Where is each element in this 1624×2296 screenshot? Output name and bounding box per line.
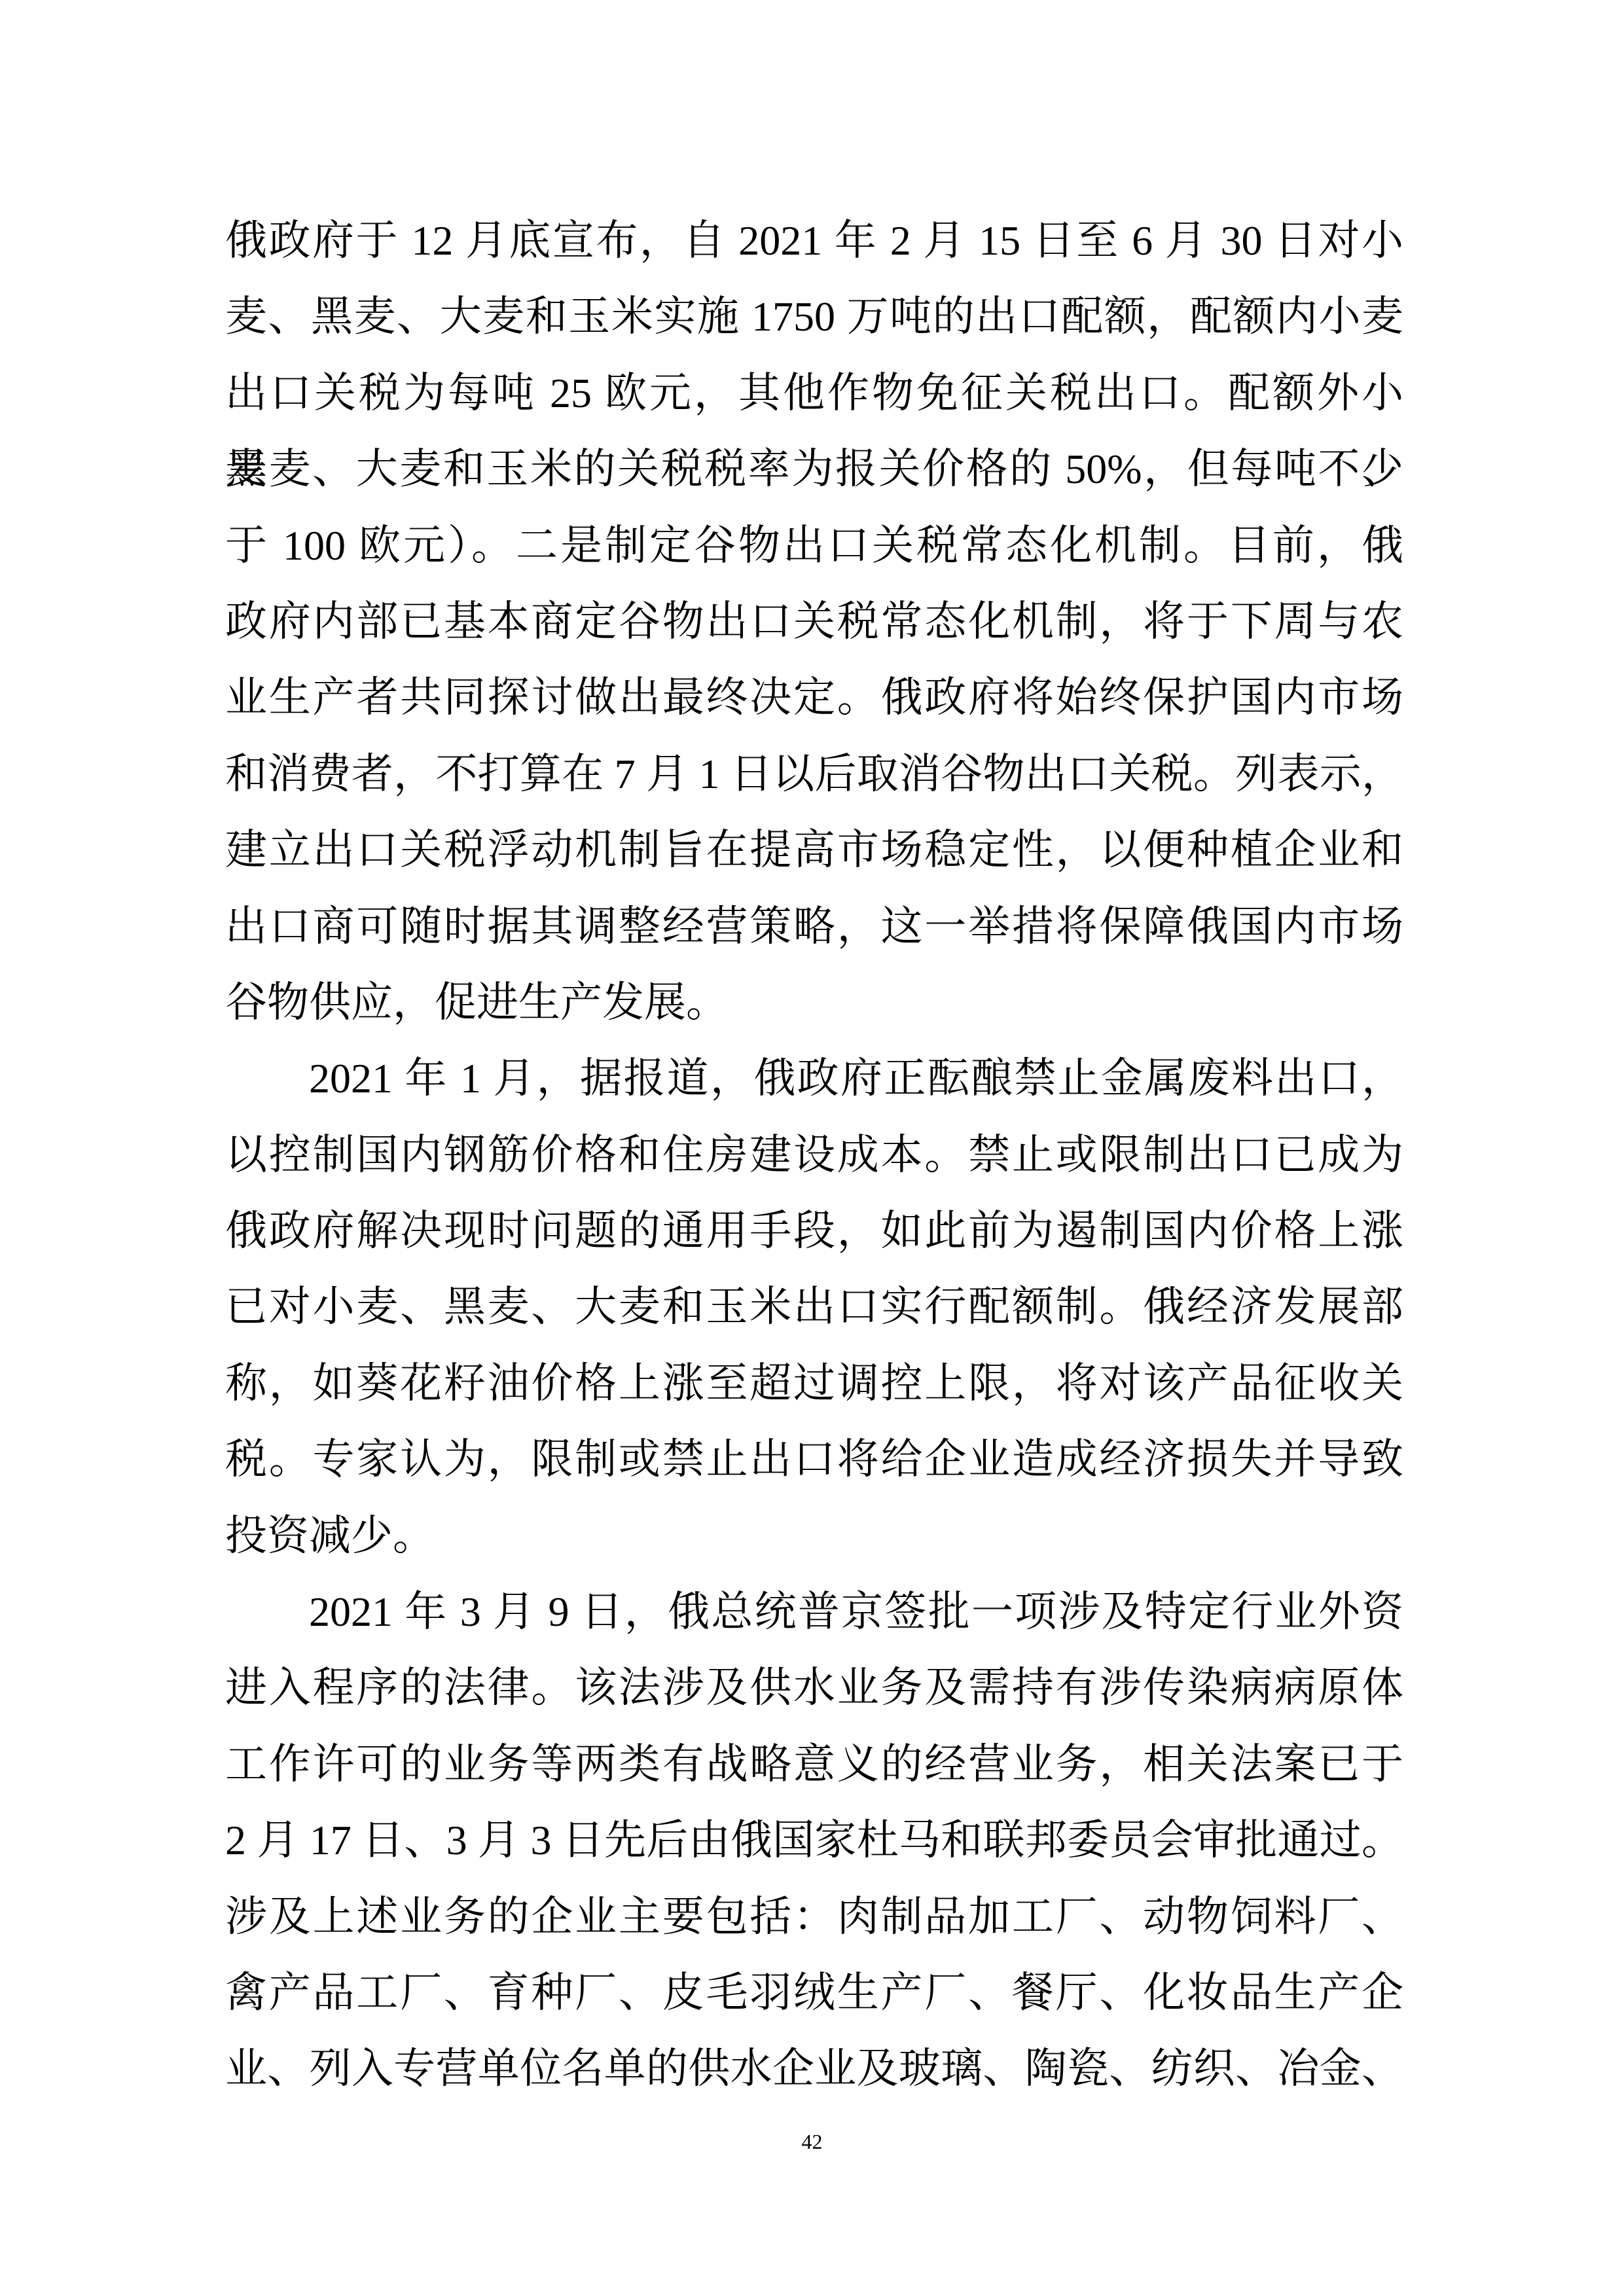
text-line-paragraph-start: 2021 年 1 月，据报道，俄政府正酝酿禁止金属废料出口，	[225, 1041, 1403, 1117]
text-line-paragraph-end: 投资减少。	[225, 1498, 1403, 1574]
text-line: 称，如葵花籽油价格上涨至超过调控上限，将对该产品征收关	[225, 1346, 1403, 1422]
text-line: 业生产者共同探讨做出最终决定。俄政府将始终保护国内市场	[225, 660, 1403, 736]
text-line: 以控制国内钢筋价格和住房建设成本。禁止或限制出口已成为	[225, 1117, 1403, 1193]
text-line: 进入程序的法律。该法涉及供水业务及需持有涉传染病病原体	[225, 1650, 1403, 1726]
document-page: { "doc": { "background_color": "#ffffff"…	[0, 0, 1624, 2296]
text-line: 2 月 17 日、3 月 3 日先后由俄国家杜马和联邦委员会审批通过。	[225, 1803, 1403, 1878]
text-line: 和消费者，不打算在 7 月 1 日以后取消谷物出口关税。列表示，	[225, 736, 1403, 812]
text-line: 业、列入专营单位名单的供水企业及玻璃、陶瓷、纺织、冶金、	[225, 2031, 1403, 2107]
text-line: 于 100 欧元）。二是制定谷物出口关税常态化机制。目前，俄	[225, 508, 1403, 584]
text-line: 俄政府于 12 月底宣布，自 2021 年 2 月 15 日至 6 月 30 日…	[225, 203, 1403, 279]
text-line: 出口关税为每吨 25 欧元，其他作物免征关税出口。配额外小麦、	[225, 355, 1403, 431]
page-number: 42	[0, 2128, 1624, 2155]
text-line: 出口商可随时据其调整经营策略，这一举措将保障俄国内市场	[225, 889, 1403, 965]
page: 俄政府于 12 月底宣布，自 2021 年 2 月 15 日至 6 月 30 日…	[0, 0, 1624, 2296]
text-line-paragraph-start: 2021 年 3 月 9 日，俄总统普京签批一项涉及特定行业外资	[225, 1574, 1403, 1650]
text-line: 已对小麦、黑麦、大麦和玉米出口实行配额制。俄经济发展部	[225, 1269, 1403, 1345]
text-line: 涉及上述业务的企业主要包括：肉制品加工厂、动物饲料厂、	[225, 1879, 1403, 1955]
text-line: 俄政府解决现时问题的通用手段，如此前为遏制国内价格上涨	[225, 1193, 1403, 1269]
text-line: 政府内部已基本商定谷物出口关税常态化机制，将于下周与农	[225, 584, 1403, 660]
text-line: 麦、黑麦、大麦和玉米实施 1750 万吨的出口配额，配额内小麦	[225, 279, 1403, 355]
text-line: 工作许可的业务等两类有战略意义的经营业务，相关法案已于	[225, 1727, 1403, 1803]
text-line: 黑麦、大麦和玉米的关税税率为报关价格的 50%，但每吨不少	[225, 431, 1403, 507]
text-line: 建立出口关税浮动机制旨在提高市场稳定性，以便种植企业和	[225, 812, 1403, 888]
text-line: 税。专家认为，限制或禁止出口将给企业造成经济损失并导致	[225, 1422, 1403, 1498]
text-line: 禽产品工厂、育种厂、皮毛羽绒生产厂、餐厅、化妆品生产企	[225, 1955, 1403, 2031]
text-line-paragraph-end: 谷物供应，促进生产发展。	[225, 965, 1403, 1041]
body-text: 俄政府于 12 月底宣布，自 2021 年 2 月 15 日至 6 月 30 日…	[225, 203, 1403, 2108]
